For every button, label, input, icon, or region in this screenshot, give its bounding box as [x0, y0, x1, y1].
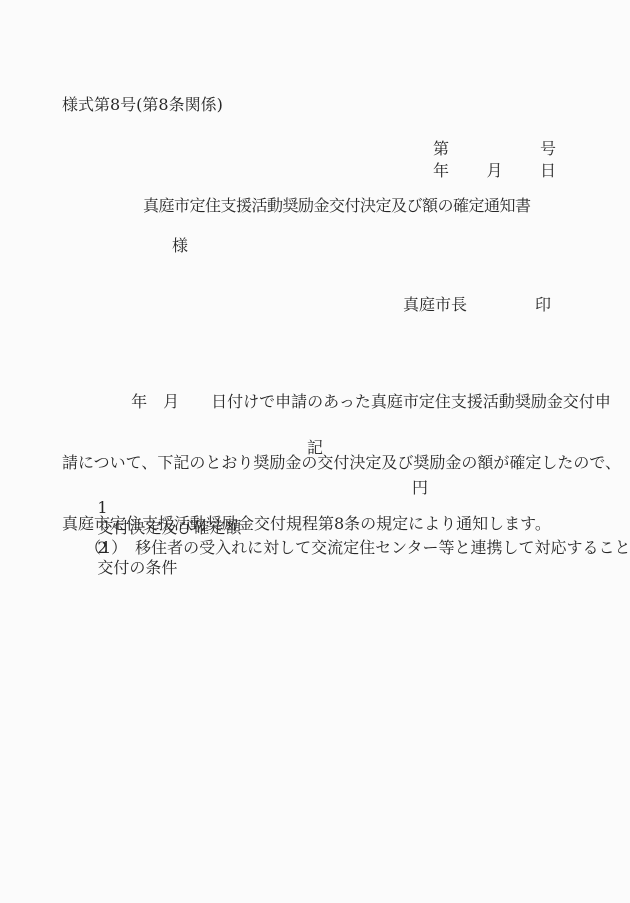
document-title: 真庭市定住支援活動奨励金交付決定及び額の確定通知書	[143, 196, 531, 216]
record-marker: 記	[0, 438, 630, 458]
item-2-sub-1: （1） 移住者の受入れに対して交流定住センター等と連携して対応すること。	[85, 538, 630, 558]
body-line-1: 年 月 日付けで申請のあった真庭市定住支援活動奨励金交付申	[62, 391, 587, 412]
date-line: 年 月 日	[433, 161, 556, 181]
item-2: 2 交付の条件	[77, 518, 177, 598]
sender-title: 真庭市長	[403, 295, 467, 315]
addressee-honorific: 様	[172, 236, 188, 256]
date-month-label: 月	[486, 161, 502, 181]
seal-placeholder: 印	[535, 295, 551, 315]
date-day-label: 日	[540, 161, 556, 181]
form-number: 様式第8号(第8条関係)	[62, 95, 223, 115]
doc-number-line: 第 号	[433, 139, 556, 159]
sender-line: 真庭市長 印	[403, 295, 551, 315]
date-year-label: 年	[433, 161, 449, 181]
item-1-number: 1	[97, 498, 121, 518]
doc-number-suffix: 号	[540, 139, 556, 159]
document-page: 様式第8号(第8条関係) 第 号 年 月 日 真庭市定住支援活動奨励金交付決定及…	[0, 0, 630, 903]
item-1-unit: 円	[412, 478, 428, 498]
item-2-label: 交付の条件	[97, 558, 177, 577]
doc-number-prefix: 第	[433, 139, 449, 159]
